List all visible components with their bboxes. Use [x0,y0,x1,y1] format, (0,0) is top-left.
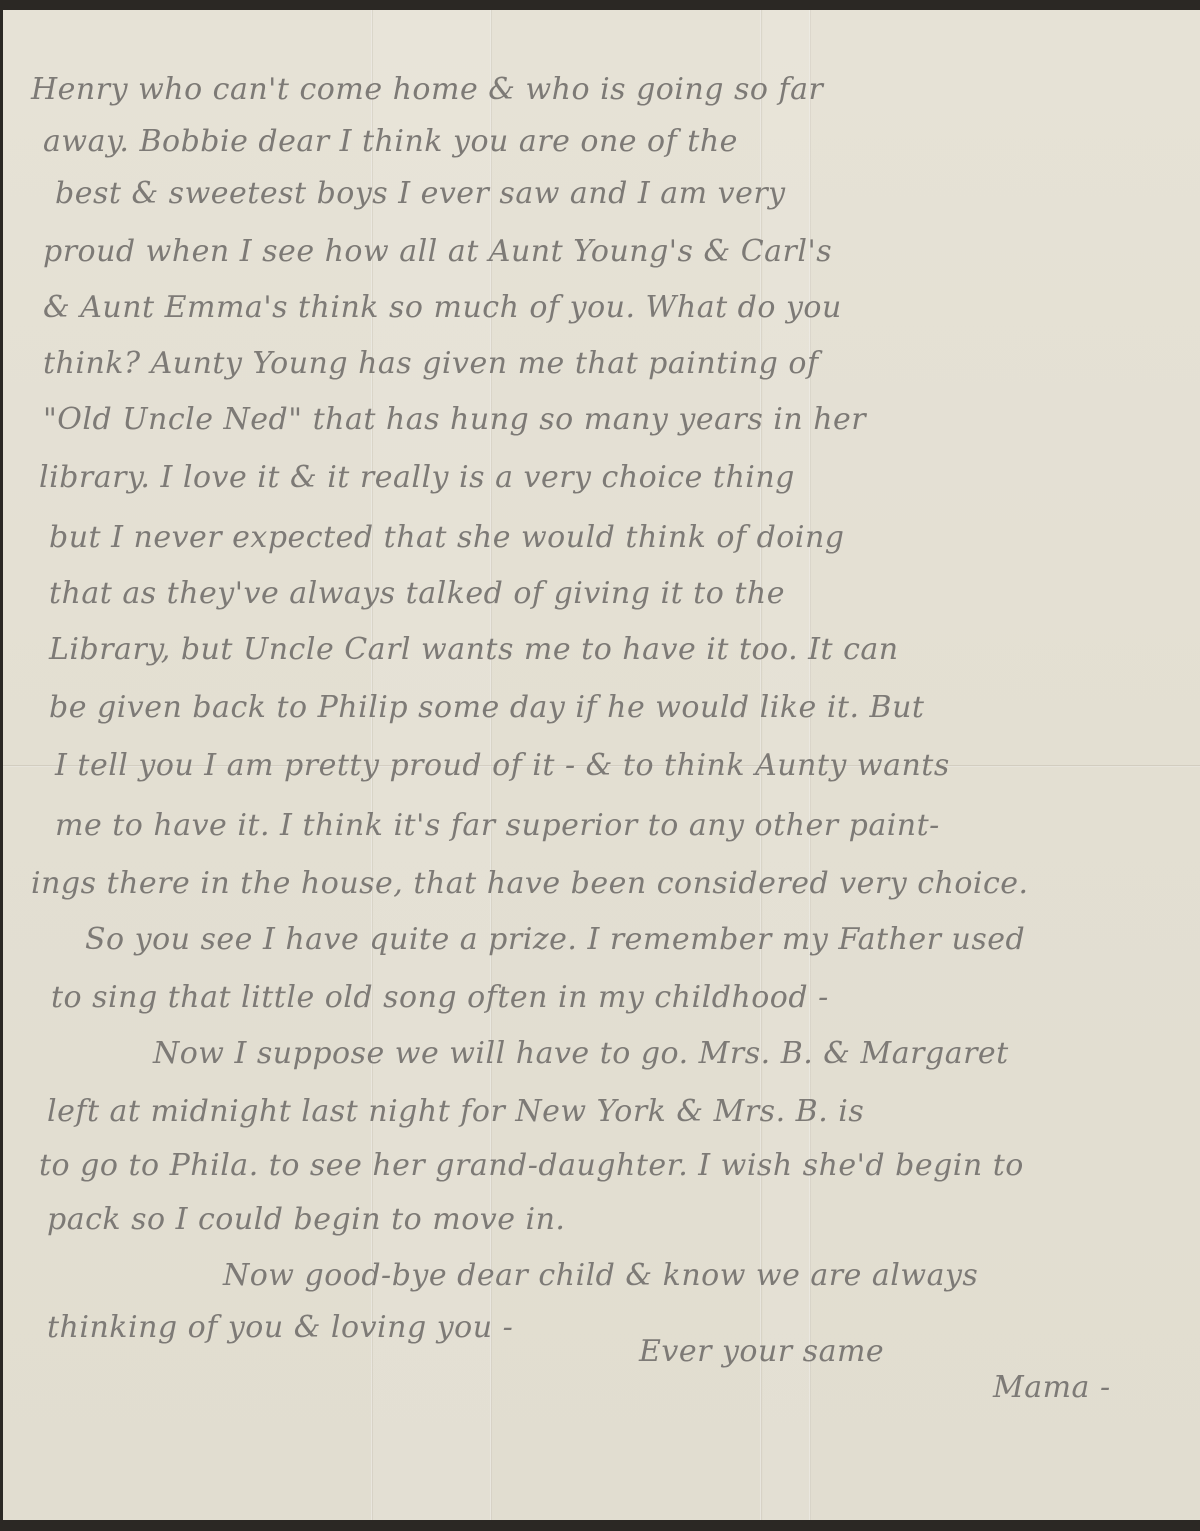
letter-signature: Mama - [993,1370,1111,1405]
letter-line-18: Now I suppose we will have to go. Mrs. B… [153,1036,1009,1071]
letter-line-13: I tell you I am pretty proud of it - & t… [55,748,950,783]
letter-line-16: So you see I have quite a prize. I remem… [85,922,1025,957]
letter-line-4: proud when I see how all at Aunt Young's… [43,234,832,269]
letter-line-15: ings there in the house, that have been … [31,866,1029,901]
letter-line-6: think? Aunty Young has given me that pai… [43,346,819,381]
letter-line-7: "Old Uncle Ned" that has hung so many ye… [43,402,866,437]
letter-line-20: to go to Phila. to see her grand-daughte… [39,1148,1024,1183]
letter-line-11: Library, but Uncle Carl wants me to have… [49,632,899,667]
letter-line-8: library. I love it & it really is a very… [39,460,795,495]
letter-closing: Ever your same [639,1334,884,1369]
letter-line-9: but I never expected that she would thin… [49,520,845,555]
letter-line-12: be given back to Philip some day if he w… [49,690,924,725]
letter-line-5: & Aunt Emma's think so much of you. What… [43,290,842,325]
letter-line-17: to sing that little old song often in my… [51,980,829,1015]
letter-page: Henry who can't come home & who is going… [3,10,1200,1520]
letter-line-23: thinking of you & loving you - [47,1310,513,1345]
letter-line-19: left at midnight last night for New York… [47,1094,864,1129]
letter-line-22: Now good-bye dear child & know we are al… [223,1258,978,1293]
letter-line-21: pack so I could begin to move in. [47,1202,565,1237]
letter-line-2: away. Bobbie dear I think you are one of… [43,124,738,159]
letter-line-3: best & sweetest boys I ever saw and I am… [55,176,786,211]
letter-line-1: Henry who can't come home & who is going… [31,72,823,107]
letter-line-14: me to have it. I think it's far superior… [55,808,940,843]
letter-line-10: that as they've always talked of giving … [49,576,785,611]
